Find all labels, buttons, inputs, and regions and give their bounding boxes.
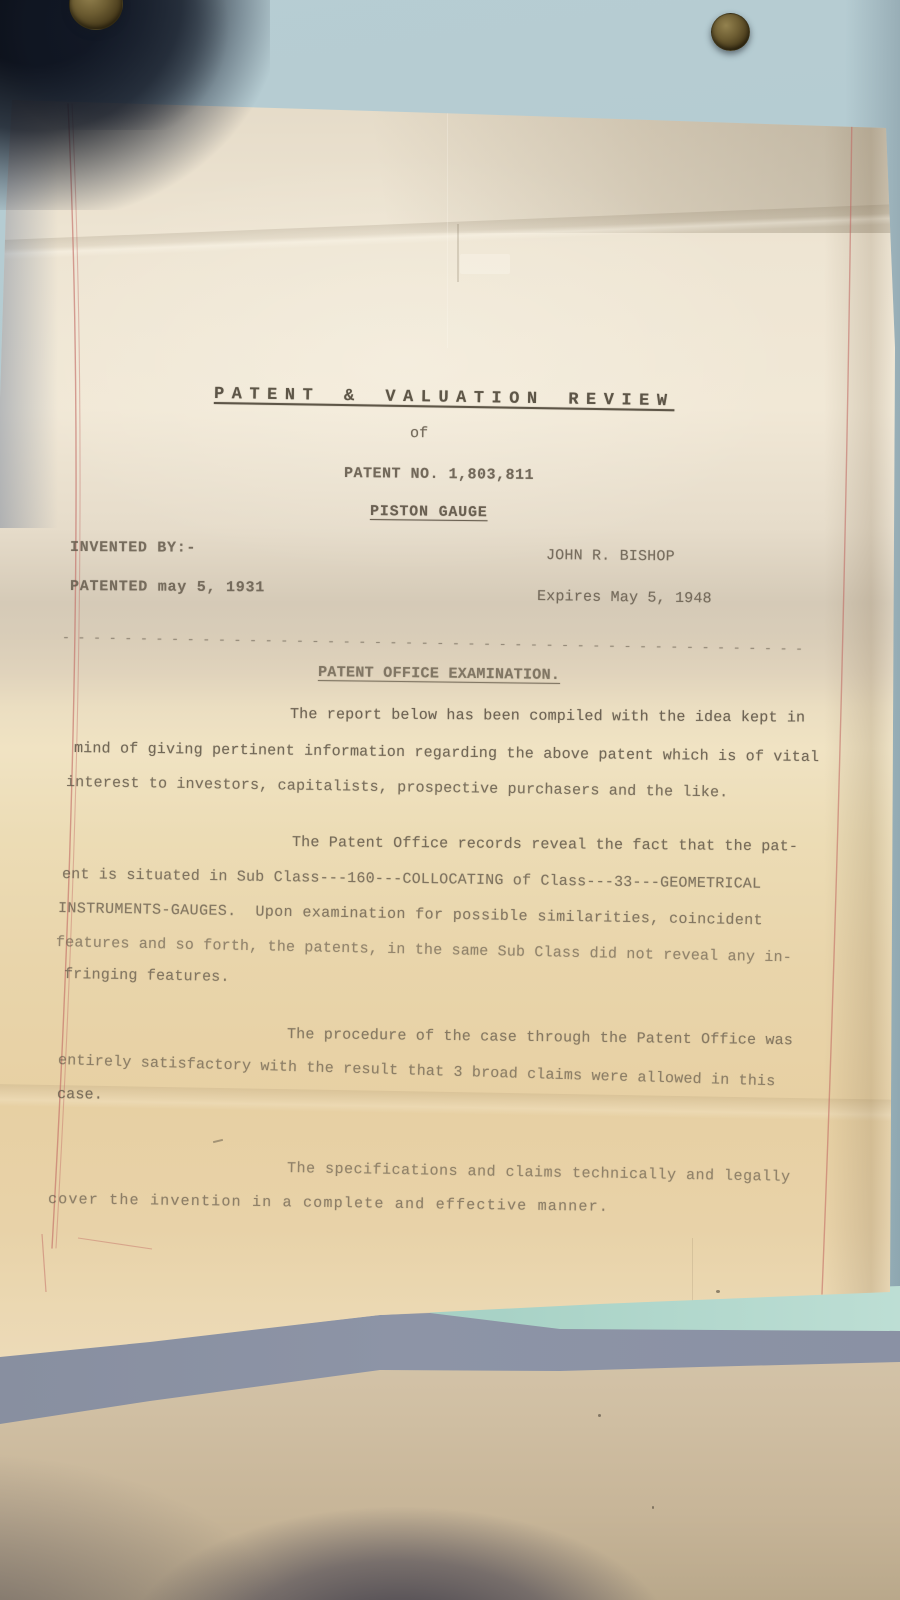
typed-dashed-separator: - - - - - - - - - - - - - - - - - - - - … (62, 630, 812, 657)
p2-line5: fringing features. (64, 966, 230, 986)
inventor-name: JOHN R. BISHOP (546, 547, 675, 565)
invented-by-label: INVENTED BY:- (70, 539, 196, 557)
subject-line: PISTON GAUGE (370, 503, 488, 521)
p1-line1: The report below has been compiled with … (290, 706, 805, 727)
patent-date-line: PATENTED may 5, 1931 (70, 578, 265, 596)
photo-of-patent-document: PATENT & VALUATION REVIEW of PATENT NO. … (0, 0, 900, 1600)
p4-line2: cover the invention in a complete and ef… (48, 1191, 609, 1216)
section-heading: PATENT OFFICE EXAMINATION. (318, 663, 560, 684)
p1-line2: mind of giving pertinent information reg… (74, 740, 819, 766)
p3-line2: entirely satisfactory with the result th… (58, 1052, 776, 1090)
p3-line1: The procedure of the case through the Pa… (287, 1026, 793, 1049)
patent-number-line: PATENT NO. 1,803,811 (344, 465, 534, 484)
p2-line2: ent is situated in Sub Class---160---COL… (62, 866, 761, 893)
p2-line1: The Patent Office records reveal the fac… (292, 834, 798, 855)
expiration-date-line: Expires May 5, 1948 (537, 588, 712, 607)
title-of-line: of (410, 425, 429, 442)
p2-line3: INSTRUMENTS-GAUGES. Upon examination for… (58, 900, 763, 929)
typed-text-layer: PATENT & VALUATION REVIEW of PATENT NO. … (0, 0, 900, 1600)
document-title: PATENT & VALUATION REVIEW (214, 385, 675, 411)
p4-line1: The specifications and claims technicall… (287, 1160, 791, 1186)
p2-line4: features and so forth, the patents, in t… (56, 934, 792, 966)
p3-line3: case. (57, 1086, 103, 1104)
p1-line3: interest to investors, capitalists, pros… (66, 774, 729, 801)
